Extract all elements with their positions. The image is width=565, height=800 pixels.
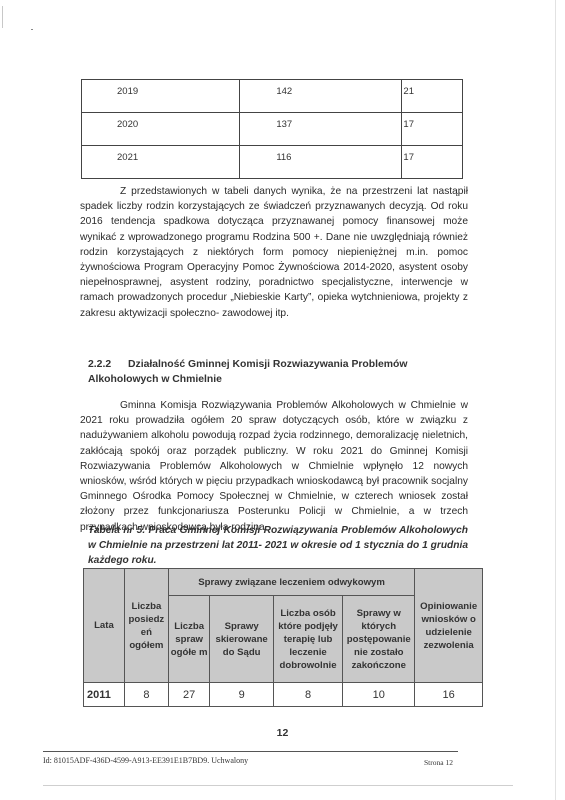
header-sad: Sprawy skierowane do Sądu (210, 596, 274, 683)
section-number: 2.2.2 (88, 357, 128, 372)
value-cell: 27 (168, 683, 209, 707)
value-cell: 17 (402, 146, 463, 179)
header-group: Sprawy związane leczeniem odwykowym (168, 569, 414, 596)
paragraph-families: Z przedstawionych w tabeli danych wynika… (80, 184, 468, 321)
header-spraw: Liczba spraw ogółe m (168, 596, 209, 683)
footer-divider (43, 751, 458, 752)
year-cell: 2011 (84, 683, 125, 707)
scan-speck (31, 29, 33, 30)
section-heading: 2.2.2Działalność Gminnej Komisji Rozwiaz… (88, 357, 468, 387)
value-cell: 8 (273, 683, 342, 707)
year-cell: 2020 (82, 113, 240, 146)
value-cell: 142 (240, 80, 402, 113)
table-row: 2021 116 17 (82, 146, 463, 179)
value-cell: 16 (415, 683, 483, 707)
footer-document-id: Id: 81015ADF-436D-4599-A913-EE391E1B7BD9… (43, 756, 248, 765)
header-posiedzen: Liczba posiedz eń ogółem (124, 569, 168, 683)
header-niezakonczone: Sprawy w których postępowanie nie został… (343, 596, 415, 683)
commission-table: Lata Liczba posiedz eń ogółem Sprawy zwi… (83, 568, 483, 707)
page-bottom-edge (43, 785, 513, 786)
page-edge (2, 6, 3, 28)
table-row: 2020 137 17 (82, 113, 463, 146)
families-table: 2019 142 21 2020 137 17 2021 116 17 (81, 79, 463, 179)
value-cell: 10 (343, 683, 415, 707)
value-cell: 137 (240, 113, 402, 146)
header-opiniowanie: Opiniowanie wniosków o udzielenie zezwol… (415, 569, 483, 683)
footer-page-label: Strona 12 (424, 758, 453, 767)
table-row: 2019 142 21 (82, 80, 463, 113)
paragraph-text: Gminna Komisja Rozwiązywania Problemów A… (80, 400, 468, 533)
section-title: Działalność Gminnej Komisji Rozwiazywani… (88, 359, 407, 385)
year-cell: 2019 (82, 80, 240, 113)
paragraph-commission: Gminna Komisja Rozwiązywania Problemów A… (80, 398, 468, 535)
value-cell: 21 (402, 80, 463, 113)
page-number: 12 (0, 727, 565, 739)
value-cell: 9 (210, 683, 274, 707)
year-cell: 2021 (82, 146, 240, 179)
page-edge (555, 0, 556, 800)
value-cell: 17 (402, 113, 463, 146)
header-lata: Lata (84, 569, 125, 683)
header-terapia: Liczba osób które podjęły terapię lub le… (273, 596, 342, 683)
value-cell: 8 (124, 683, 168, 707)
table-caption: Tabela nr 5. Praca Gminnej Komisji Rozwi… (88, 523, 468, 568)
paragraph-text: Z przedstawionych w tabeli danych wynika… (80, 186, 468, 319)
value-cell: 116 (240, 146, 402, 179)
table-row: 2011 8 27 9 8 10 16 (84, 683, 483, 707)
